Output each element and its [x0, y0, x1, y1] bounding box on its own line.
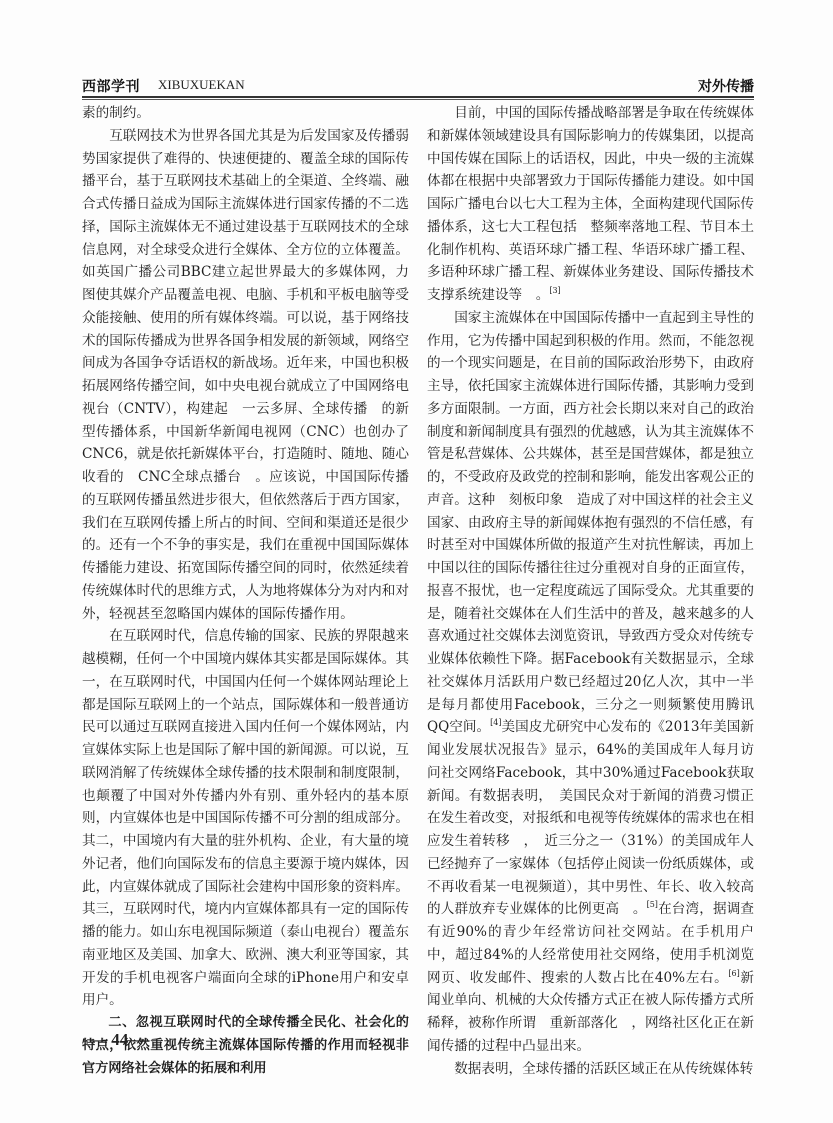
citation-ref: [4]	[490, 718, 501, 727]
paragraph-text: 目前，中国的国际传播战略部署是争取在传统媒体和新媒体领域建设具有国际影响力的传媒…	[427, 105, 754, 303]
running-header: 西部学刊 XIBUXUEKAN 对外传播	[82, 76, 754, 94]
left-column: 素的制约。 互联网技术为世界各国尤其是为后发国家及传播弱势国家提供了难得的、快速…	[82, 102, 409, 1080]
page-number: — 44 —	[90, 1030, 150, 1050]
paragraph-mainstream-media: 国家主流媒体在中国国际传播中一直起到主导性的作用，它为传播中国起到积极的作用。然…	[427, 307, 754, 1058]
journal-name: 西部学刊	[82, 76, 140, 96]
paragraph-text: 国家主流媒体在中国国际传播中一直起到主导性的作用，它为传播中国起到积极的作用。然…	[427, 310, 754, 736]
section-name: 对外传播	[698, 76, 754, 96]
journal-latin-name: XIBUXUEKAN	[158, 77, 245, 93]
right-column: 目前，中国的国际传播战略部署是争取在传统媒体和新媒体领域建设具有国际影响力的传媒…	[427, 102, 754, 1080]
paragraph-strategy: 目前，中国的国际传播战略部署是争取在传统媒体和新媒体领域建设具有国际影响力的传媒…	[427, 102, 754, 307]
paragraph-continuation: 素的制约。	[82, 102, 409, 125]
citation-ref: [3]	[549, 286, 560, 295]
citation-ref: [6]	[728, 969, 739, 978]
paragraph-internet-technology: 互联网技术为世界各国尤其是为后发国家及传播弱势国家提供了难得的、快速便捷的、覆盖…	[82, 125, 409, 626]
citation-ref: [5]	[647, 900, 658, 909]
paragraph-text: 美国皮尤研究中心发布的《2013年美国新闻业发展状况报告》显示，64%的美国成年…	[427, 719, 754, 917]
header-double-rule	[82, 96, 754, 100]
paragraph-data-shows: 数据表明，全球传播的活跃区域正在从传统媒体转	[427, 1058, 754, 1081]
paragraph-internet-era: 在互联网时代，信息传输的国家、民族的界限越来越模糊，任何一个中国境内媒体其实都是…	[82, 625, 409, 1012]
